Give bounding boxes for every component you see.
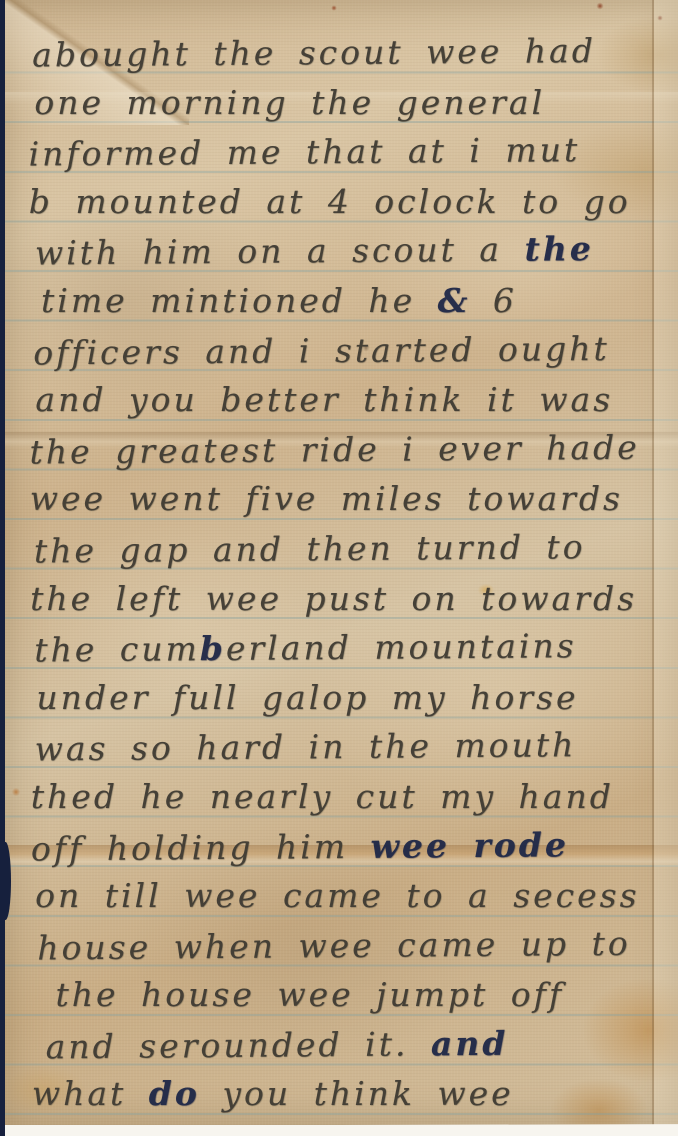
letter-line: under full galop my horse bbox=[30, 673, 668, 723]
scan-edge-left bbox=[0, 0, 5, 1136]
handwriting-segment: informed me that at i mut bbox=[28, 130, 580, 173]
letter-line: officers and i started ought bbox=[29, 323, 667, 378]
handwriting-segment: wee rode bbox=[370, 825, 569, 866]
letter-line: time mintioned he & 6 bbox=[29, 276, 667, 326]
letter-line: house when wee came up to bbox=[31, 918, 669, 973]
letter-line: what do you think wee bbox=[32, 1069, 670, 1119]
handwriting-segment: the left wee pust on towards bbox=[30, 579, 637, 618]
scan-strip-bottom bbox=[5, 1124, 678, 1136]
letter-line: the house wee jumpt off bbox=[31, 970, 669, 1020]
handwriting-segment: house when wee came up to bbox=[37, 923, 631, 967]
letter-line: thed he nearly cut my hand bbox=[31, 772, 669, 822]
letter-line: the cumberland mountains bbox=[30, 621, 668, 676]
letter-line: the left wee pust on towards bbox=[30, 574, 668, 624]
handwriting-segment: was so hard in the mouth bbox=[34, 726, 576, 769]
letter-line: wee went five miles towards bbox=[30, 474, 668, 524]
letter-line: the gap and then turnd to bbox=[30, 521, 668, 576]
handwriting-segment: and you better think it was bbox=[35, 380, 613, 419]
scan-background: abought the scout wee hadone morning the… bbox=[0, 0, 678, 1136]
letter-line: and serounded it. and bbox=[31, 1017, 669, 1072]
handwriting-segment: one morning the general bbox=[34, 83, 545, 122]
handwriting-segment: & bbox=[438, 281, 471, 320]
handwriting-segment: the cum bbox=[34, 629, 200, 669]
handwriting-segment: abought the scout wee had bbox=[32, 31, 596, 74]
handwriting-segment: b mounted at 4 oclock to go bbox=[29, 182, 631, 221]
handwriting-segment: the greatest ride i ever hade bbox=[29, 427, 639, 471]
handwriting-segment: thed he nearly cut my hand bbox=[31, 777, 614, 816]
handwriting-segment: and serounded it. bbox=[45, 1024, 431, 1066]
letter-line: informed me that at i mut bbox=[28, 125, 666, 180]
handwriting-segment: you think wee bbox=[200, 1074, 514, 1113]
handwriting-segment: and bbox=[431, 1024, 509, 1064]
handwriting-segment: with him on a scout a bbox=[35, 230, 525, 273]
letter-paper: abought the scout wee hadone morning the… bbox=[4, 0, 678, 1125]
letter-line: on till wee came to a secess bbox=[31, 871, 669, 921]
handwriting-segment: the bbox=[524, 229, 594, 269]
handwriting-segment: do bbox=[149, 1074, 200, 1113]
letter-line: with him on a scout a the bbox=[29, 224, 667, 279]
handwriting-segment: off holding him bbox=[31, 826, 371, 868]
handwriting-segment: what bbox=[32, 1074, 149, 1113]
handwriting-segment: on till wee came to a secess bbox=[35, 876, 639, 915]
handwriting-segment: the house wee jumpt off bbox=[55, 975, 564, 1014]
handwriting-segment: erland mountains bbox=[226, 626, 577, 668]
handwriting-segment: wee went five miles towards bbox=[30, 479, 623, 518]
letter-line: was so hard in the mouth bbox=[30, 720, 668, 775]
handwriting-segment: time mintioned he bbox=[41, 281, 438, 320]
scan-edge-left-bulge bbox=[0, 842, 11, 920]
handwriting-segment: under full galop my horse bbox=[36, 678, 578, 717]
handwriting-segment: 6 bbox=[470, 281, 516, 320]
letter-line: and you better think it was bbox=[29, 375, 667, 425]
letter-line: b mounted at 4 oclock to go bbox=[29, 177, 667, 227]
handwriting-segment: b bbox=[200, 629, 226, 668]
handwriting-segment: officers and i started ought bbox=[33, 329, 610, 373]
letter-line: the greatest ride i ever hade bbox=[29, 422, 667, 477]
letter-body: abought the scout wee hadone morning the… bbox=[28, 27, 670, 1120]
letter-line: abought the scout wee had bbox=[28, 25, 666, 80]
handwriting-segment: the gap and then turnd to bbox=[34, 527, 586, 570]
letter-line: off holding him wee rode bbox=[31, 819, 669, 874]
letter-line: one morning the general bbox=[28, 78, 666, 128]
